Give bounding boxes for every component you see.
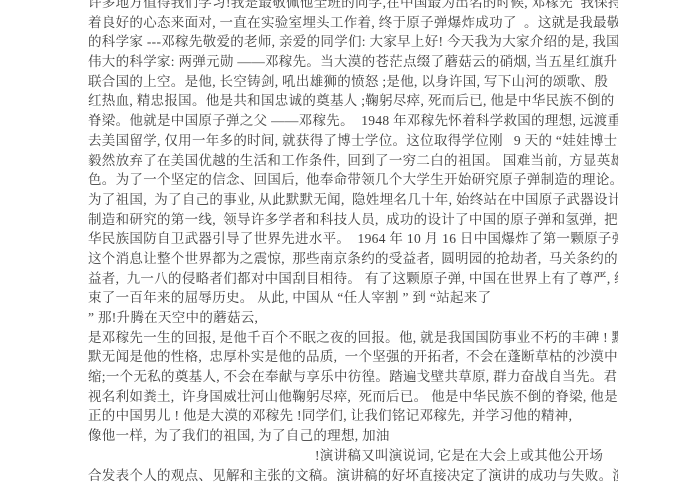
- text-line: 伟大的科学家: 两弹元勋 ——邓稼先。当大漠的苍茫点缀了蘑菇云的硝烟, 当五星红…: [88, 52, 618, 72]
- text-line: 色。为了一个坚定的信念、回国后, 他奉命带领几个大学生开始研究原子弹制造的理论。…: [88, 170, 618, 190]
- text-line: 联合国的上空。是他, 长空铸剑, 吼出雄狮的愤怒 ;是他, 以身许国, 写下山河…: [88, 72, 618, 92]
- text-line: 的科学家 ---邓稼先敬爱的老师, 亲爱的同学们: 大家早上好! 今天我为大家介…: [88, 32, 618, 52]
- text-line: 束了一百年来的屈辱历史。 从此, 中国从 “任人宰割 ” 到 “站起来了: [88, 288, 618, 308]
- text-line: 像他一样, 为了我们的祖国, 为了自己的理想, 加油: [88, 426, 618, 446]
- text-line: 脊梁。他就是中国原子弹之父 ——邓稼先。 1948 年邓稼先怀着科学救国的理想,…: [88, 111, 618, 131]
- text-line: 许多地方值得我们学习!我是最敬佩他全班的同学,在中国最为出名的时候, 邓稼先 我…: [88, 0, 618, 13]
- text-line: 视名利如粪土, 许身国威壮河山他鞠躬尽瘁, 死而后已。 他是中华民族不倒的脊梁,…: [88, 387, 618, 407]
- text-line: ” 那!升腾在天空中的蘑菇云,: [88, 308, 618, 328]
- text-line: 益者, 九一八的侵略者们都对中国刮目相待。 有了这颗原子弹, 中国在世界上有了尊…: [88, 269, 618, 289]
- document-text-block: 许多地方值得我们学习!我是最敬佩他全班的同学,在中国最为出名的时候, 邓稼先 我…: [88, 0, 618, 470]
- text-line: 合发表个人的观点、见解和主张的文稿。演讲稿的好坏直接决定了演讲的成功与失败。演讲: [88, 466, 618, 471]
- text-line: 毅然放弃了在美国优越的生活和工作条件, 回到了一穷二白的祖国。 国难当前, 方显…: [88, 151, 618, 171]
- text-line: 去美国留学, 仅用一年多的时间, 就获得了博士学位。这位取得学位刚 9 天的 “…: [88, 131, 618, 151]
- document-page: 许多地方值得我们学习!我是最敬佩他全班的同学,在中国最为出名的时候, 邓稼先 我…: [0, 0, 700, 470]
- text-line: 是邓稼先一生的回报, 是他千百个不眠之夜的回报。他, 就是我国国防事业不朽的丰碑…: [88, 328, 618, 348]
- text-line: !演讲稿又叫演说词, 它是在大会上或其他公开场: [88, 446, 618, 466]
- text-line: 为了祖国, 为了自己的事业, 从此默默无闻, 隐姓埋名几十年, 始终站在中国原子…: [88, 190, 618, 210]
- text-line: 默无闻是他的性格, 忠厚朴实是他的品质, 一个坚强的开拓者, 不会在蓬断草枯的沙…: [88, 347, 618, 367]
- text-line: 正的中国男儿 ! 他是大漠的邓稼先 !同学们, 让我们铭记邓稼先, 并学习他的精…: [88, 406, 618, 426]
- text-line: 红热血, 精忠报国。他是共和国忠诚的奠基人 ;鞠躬尽瘁, 死而后已, 他是中华民…: [88, 91, 618, 111]
- text-line: 着良好的心态来面对, 一直在实验室埋头工作着, 终于原子弹爆炸成功了 。这就是我…: [88, 13, 618, 33]
- text-line: 这个消息让整个世界都为之震惊, 那些南京条约的受益者, 圆明园的抢劫者, 马关条…: [88, 249, 618, 269]
- text-line: 缩;一个无私的奠基人, 不会在奉献与享乐中彷徨。踏遍戈壁共草原, 群力奋战自当先…: [88, 367, 618, 387]
- text-line: 制造和研究的第一线, 领导许多学者和科技人员, 成功的设计了中国的原子弹和氢弹,…: [88, 210, 618, 230]
- text-line: 华民族国防自卫武器引导了世界先进水平。 1964 年 10 月 16 日中国爆炸…: [88, 229, 618, 249]
